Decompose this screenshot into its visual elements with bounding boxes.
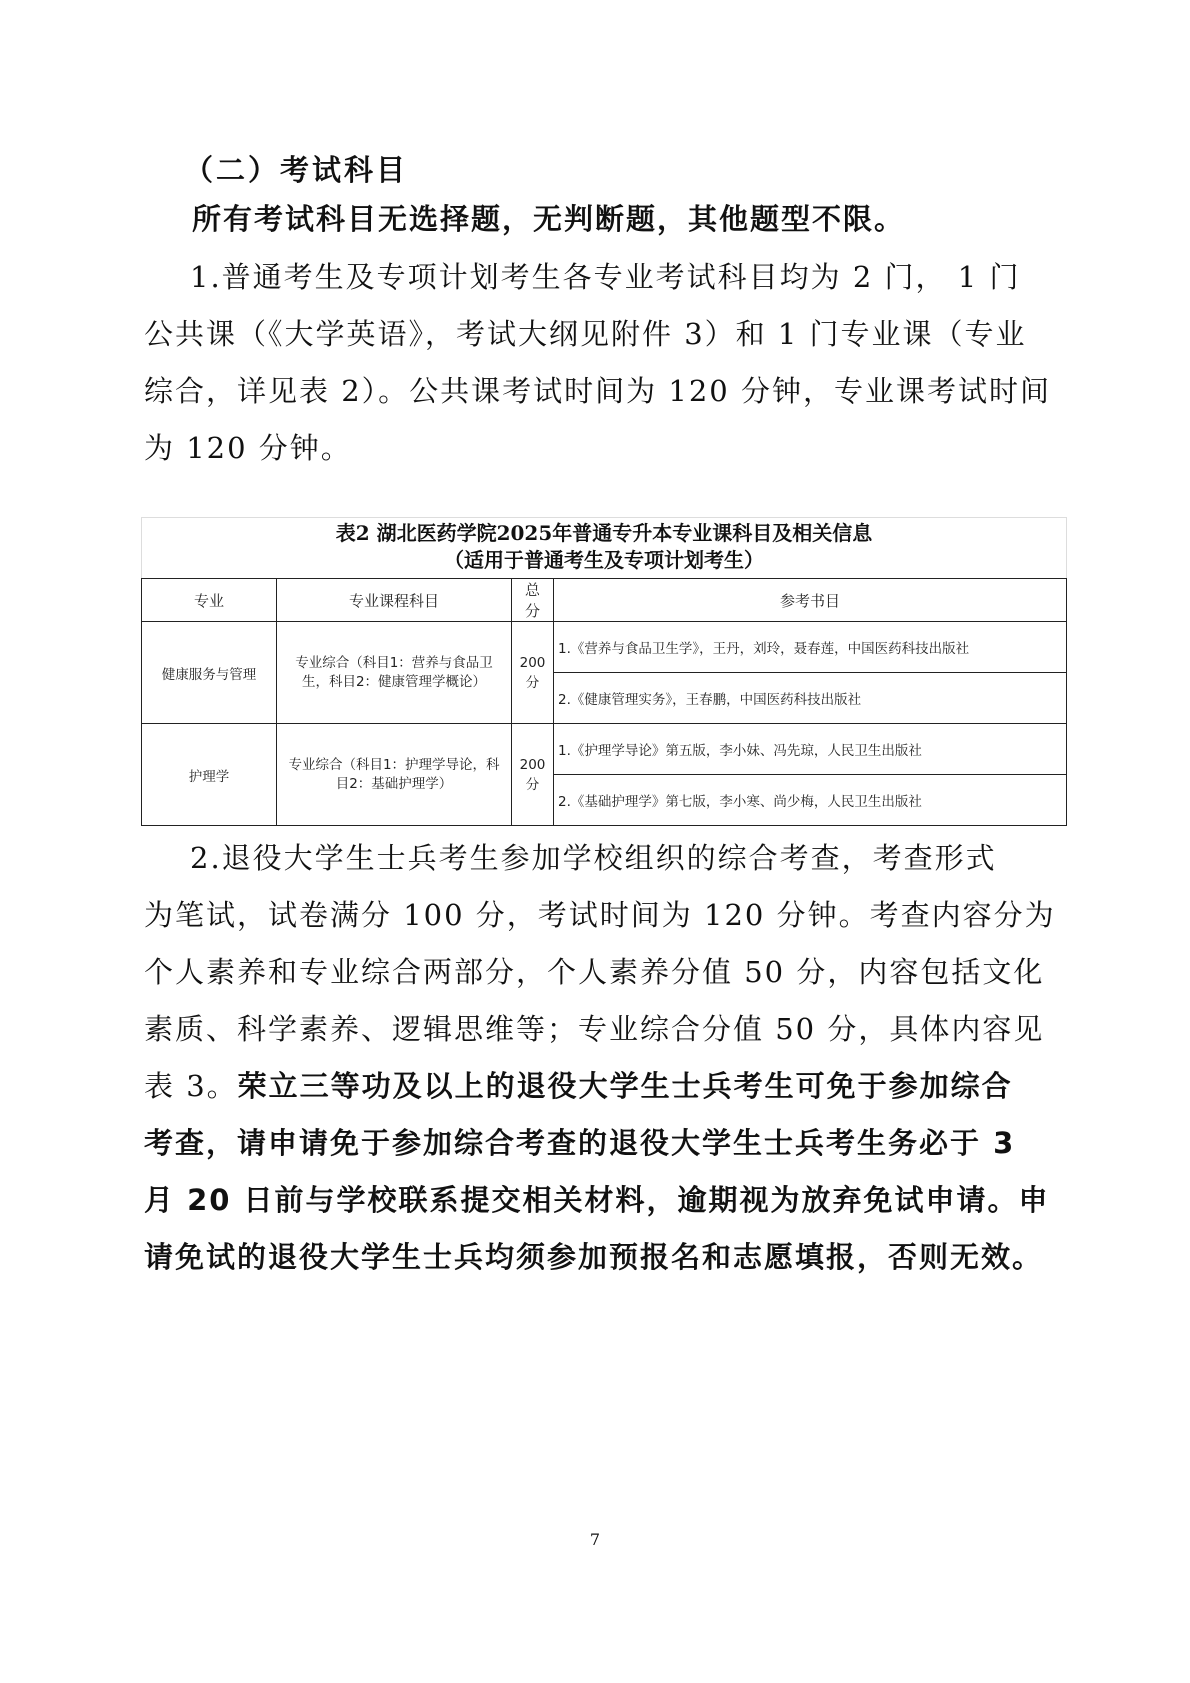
paragraph-text: 表 3。: [144, 1069, 238, 1103]
table-subtitle: （适用于普通考生及专项计划考生）: [142, 547, 1066, 574]
section-heading: （二）考试科目: [184, 150, 1084, 190]
paragraph-line: 1.普通考生及专项计划考生各专业考试科目均为 2 门， 1 门: [190, 257, 1090, 297]
cell-reference: 2.《基础护理学》第七版，李小寒、尚少梅，人民卫生出版社: [554, 775, 1067, 826]
cell-major: 护理学: [142, 724, 277, 826]
table-row: 健康服务与管理 专业综合（科目1：营养与食品卫生，科目2：健康管理学概论） 20…: [142, 622, 1067, 673]
cell-major: 健康服务与管理: [142, 622, 277, 724]
header-score: 总分: [512, 579, 554, 622]
cell-score: 200分: [512, 622, 554, 724]
header-major: 专业: [142, 579, 277, 622]
table-caption: 表2 湖北医药学院2025年普通专升本专业课科目及相关信息 （适用于普通考生及专…: [141, 517, 1067, 578]
header-course: 专业课程科目: [277, 579, 512, 622]
paragraph-line: 个人素养和专业综合两部分，个人素养分值 50 分，内容包括文化: [144, 952, 1044, 992]
exemption-notice-line: 考查，请申请免于参加综合考查的退役大学生士兵考生务必于 3: [144, 1123, 1044, 1163]
paragraph-line: 素质、科学素养、逻辑思维等；专业综合分值 50 分，具体内容见: [144, 1009, 1044, 1049]
paragraph-line: 为 120 分钟。: [144, 428, 1044, 468]
course-table: 表2 湖北医药学院2025年普通专升本专业课科目及相关信息 （适用于普通考生及专…: [141, 517, 1067, 826]
header-references: 参考书目: [554, 579, 1067, 622]
exam-notice: 所有考试科目无选择题，无判断题，其他题型不限。: [192, 199, 1092, 239]
table: 专业 专业课程科目 总分 参考书目 健康服务与管理 专业综合（科目1：营养与食品…: [141, 578, 1067, 826]
page-number: 7: [0, 1530, 1190, 1549]
cell-course: 专业综合（科目1：护理学导论，科目2：基础护理学）: [277, 724, 512, 826]
paragraph-line: 2.退役大学生士兵考生参加学校组织的综合考查，考查形式: [190, 838, 1090, 878]
table-header-row: 专业 专业课程科目 总分 参考书目: [142, 579, 1067, 622]
cell-reference: 2.《健康管理实务》，王春鹏，中国医药科技出版社: [554, 673, 1067, 724]
paragraph-line: 综合，详见表 2）。公共课考试时间为 120 分钟，专业课考试时间: [144, 371, 1044, 411]
cell-score: 200分: [512, 724, 554, 826]
cell-reference: 1.《护理学导论》第五版，李小妹、冯先琼，人民卫生出版社: [554, 724, 1067, 775]
document-page: （二）考试科目 所有考试科目无选择题，无判断题，其他题型不限。 1.普通考生及专…: [0, 0, 1190, 1683]
cell-reference: 1.《营养与食品卫生学》，王丹，刘玲，聂春莲，中国医药科技出版社: [554, 622, 1067, 673]
paragraph-line: 公共课（《大学英语》，考试大纲见附件 3）和 1 门专业课（专业: [144, 314, 1044, 354]
exemption-notice-line: 请免试的退役大学生士兵均须参加预报名和志愿填报，否则无效。: [144, 1237, 1044, 1277]
paragraph-line: 为笔试，试卷满分 100 分，考试时间为 120 分钟。考查内容分为: [144, 895, 1044, 935]
table-title: 表2 湖北医药学院2025年普通专升本专业课科目及相关信息: [142, 520, 1066, 547]
exemption-notice: 荣立三等功及以上的退役大学生士兵考生可免于参加综合: [238, 1069, 1013, 1103]
exemption-notice-line: 月 20 日前与学校联系提交相关材料，逾期视为放弃免试申请。申: [144, 1180, 1044, 1220]
paragraph-line-mixed: 表 3。荣立三等功及以上的退役大学生士兵考生可免于参加综合: [144, 1066, 1044, 1106]
table-row: 护理学 专业综合（科目1：护理学导论，科目2：基础护理学） 200分 1.《护理…: [142, 724, 1067, 775]
cell-course: 专业综合（科目1：营养与食品卫生，科目2：健康管理学概论）: [277, 622, 512, 724]
